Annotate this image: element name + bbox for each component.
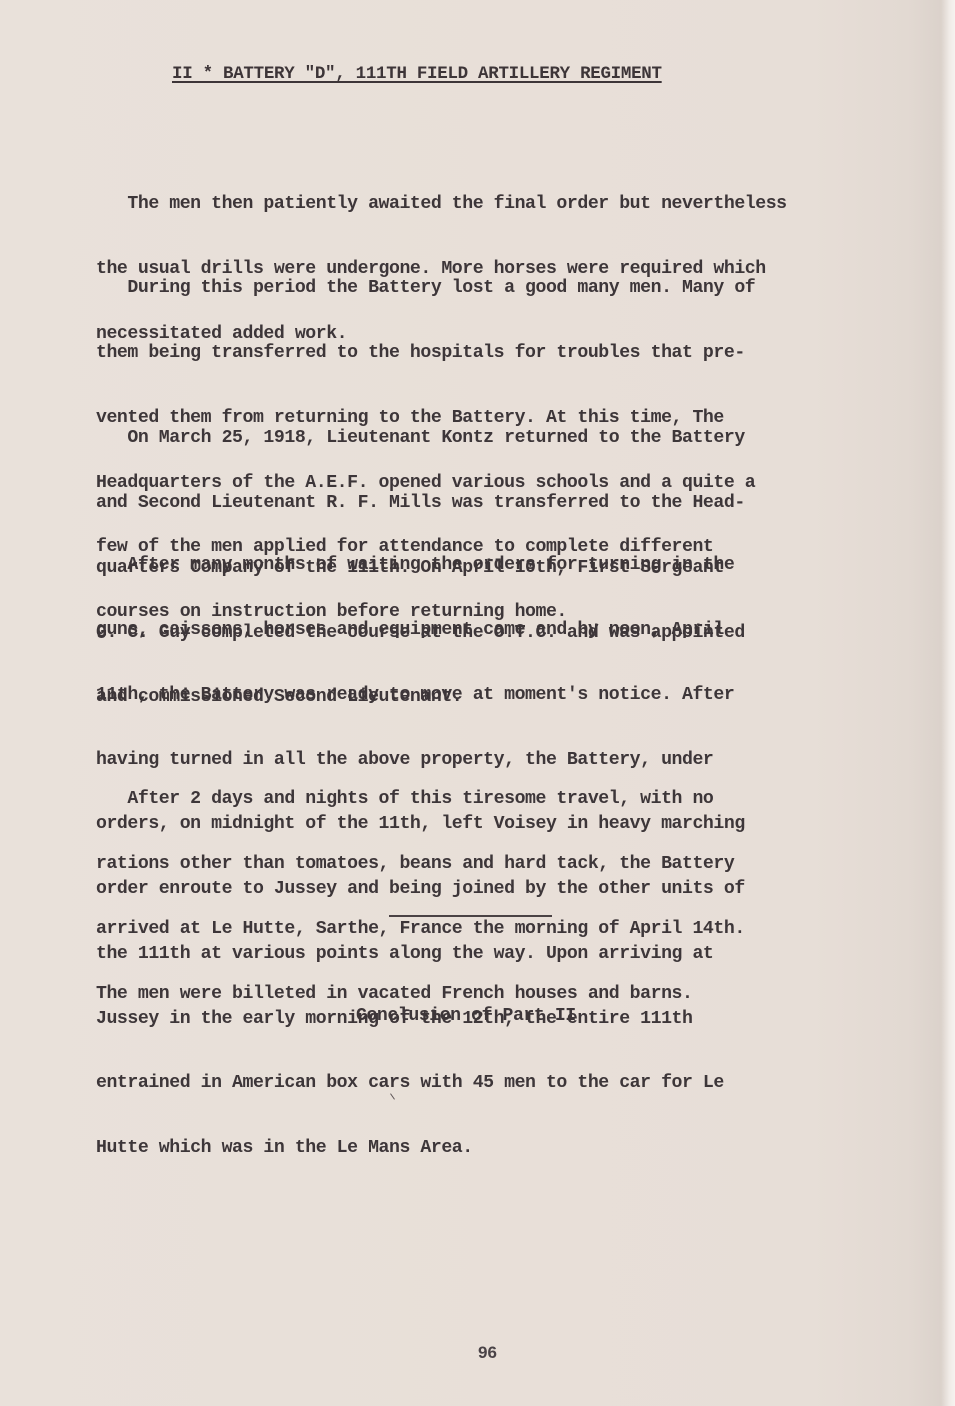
page-header-title: II * BATTERY "D", 111TH FIELD ARTILLERY … bbox=[172, 64, 784, 84]
text-line: The men were billeted in vacated French … bbox=[96, 984, 946, 1006]
conclusion-label: Conclusion of Part II bbox=[356, 1006, 576, 1026]
document-page: II * BATTERY "D", 111TH FIELD ARTILLERY … bbox=[0, 0, 955, 1406]
text-line: guns, caissons, horses and equipment cam… bbox=[96, 620, 946, 642]
text-line: During this period the Battery lost a go… bbox=[96, 278, 946, 300]
text-line: The men then patiently awaited the final… bbox=[96, 194, 946, 216]
text-line: them being transferred to the hospitals … bbox=[96, 343, 946, 365]
text-line: 11th, the Battery was ready to move at m… bbox=[96, 685, 946, 707]
text-line: arrived at Le Hutte, Sarthe, France the … bbox=[96, 919, 946, 941]
text-line: rations other than tomatoes, beans and h… bbox=[96, 854, 946, 876]
paragraph-5: After 2 days and nights of this tiresome… bbox=[96, 746, 946, 1048]
section-divider-rule bbox=[389, 915, 552, 917]
text-line: After many months of waiting the orders … bbox=[96, 555, 946, 577]
text-line: After 2 days and nights of this tiresome… bbox=[96, 789, 946, 811]
page-number: 96 bbox=[478, 1343, 497, 1363]
text-line: entrained in American box cars with 45 m… bbox=[96, 1073, 946, 1095]
text-line: Hutte which was in the Le Mans Area. bbox=[96, 1138, 946, 1160]
text-line: On March 25, 1918, Lieutenant Kontz retu… bbox=[96, 428, 946, 450]
